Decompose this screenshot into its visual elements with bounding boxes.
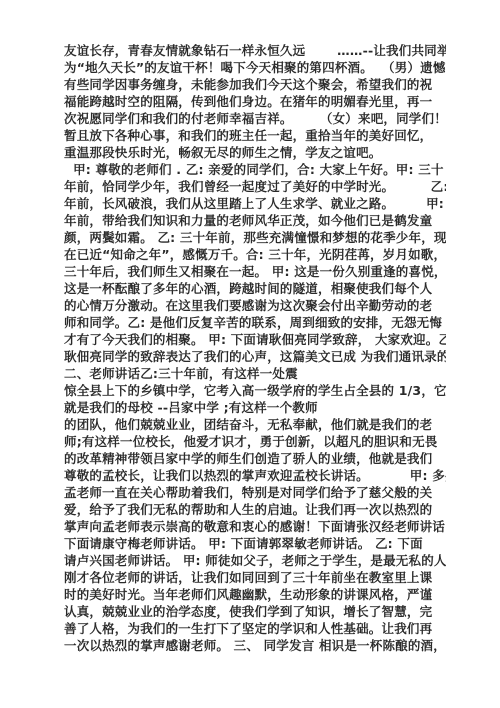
text-line: 耿佃亮同学的致辞表达了我们的心声，这篇美文已成 为我们通讯录的前言。: [64, 348, 446, 365]
text-line: 下面请康守梅老师讲话。 甲: 下面请郭翠敏老师讲话。 乙: 下面: [64, 535, 446, 552]
text-line: 颜，两鬓如霜。 乙: 三十年前，那些充满憧憬和梦想的花季少年，现: [64, 229, 446, 246]
text-line: 善了人格，为我们的一生打下了坚定的学识和人性基础。让我们再: [64, 620, 446, 637]
text-line: 为“地久天长”的友谊干杯！喝下今天相聚的第四杯酒。 （男）遗憾的是: [64, 59, 446, 76]
text-line: 福能跨越时空的阻隔，传到他们身边。在猪年的明媚春光里，再一: [64, 93, 446, 110]
text-line: 时的美好时光。当年老师们风趣幽默，生动形象的讲课风格，严谨: [64, 586, 446, 603]
text-line: 掌声向孟老师表示崇高的敬意和衷心的感谢！下面请张汉经老师讲话 乙:: [64, 518, 446, 535]
text-line: 暂且放下各种心事，和我们的班主任一起，重拾当年的美好回忆，: [64, 127, 446, 144]
text-line: 孟老师一直在关心帮助着我们，特别是对同学们给予了慈父般的关: [64, 484, 446, 501]
text-line: 年前，带给我们知识和力量的老师风华正茂，如今他们已是鹤发童: [64, 212, 446, 229]
text-line: 师和同学。乙: 是他们反复辛苦的联系，周到细致的安排，无怨无悔 的奉献，合:: [64, 314, 446, 331]
text-line: 二、老师讲话乙:三十年前，有这样一处震: [64, 365, 446, 382]
text-line: 请卢兴国老师讲话。 甲: 师徒如父子，老师之于学生，是最无私的人。: [64, 552, 446, 569]
text-line: 师;有这样一位校长，他爱才识才，勇于创新，以超凡的胆识和无畏: [64, 433, 446, 450]
text-line: 年前，长风破浪，我们从这里踏上了人生求学、就业之路。 甲: 三十: [64, 195, 446, 212]
text-line: 年前，恰同学少年，我们曾经一起度过了美好的中学时光。 乙: 三十: [64, 178, 446, 195]
text-line: 甲: 尊敬的老师们 . 乙: 亲爱的同学们，合: 大家上午好。甲: 三十: [64, 161, 446, 178]
text-line: 一次以热烈的掌声感谢老师。 三、 同学发言 相识是一杯陈酿的酒，: [64, 637, 446, 654]
text-line: 有些同学因事务缠身，未能参加我们今天这个聚会，希望我们的祝: [64, 76, 446, 93]
text-line: 次祝愿同学们和我们的付老师幸福吉祥。 （女）来吧，同学们！让我们: [64, 110, 446, 127]
text-line: 的心情万分激动。在这里我们要感谢为这次聚会付出辛勤劳动的老: [64, 297, 446, 314]
text-line: 这是一杯酝酿了多年的心酒，跨越时间的隧道，相聚使我们每个人: [64, 280, 446, 297]
text-line: 就是我们的母校 --吕家中学 ;有这样一个教师: [64, 399, 446, 416]
text-line: 重温那段快乐时光，畅叙无尽的师生之情，学友之谊吧。: [64, 144, 446, 161]
text-line: 刚才各位老师的讲话，让我们如同回到了三十年前坐在教室里上课: [64, 569, 446, 586]
text-line: 才有了今天我们的相聚。 甲: 下面请耿佃亮同学致辞， 大家欢迎。乙:: [64, 331, 446, 348]
text-line: 爱，给予了我们无私的帮助和人生的启迪。让我们再一次以热烈的: [64, 501, 446, 518]
text-line: 认真，兢兢业业的治学态度，使我们学到了知识，增长了智慧，完: [64, 603, 446, 620]
text-line: 三十年后，我们师生又相聚在一起。 甲: 这是一份久别重逢的喜悦，: [64, 263, 446, 280]
document-page: 友谊长存，青春友情就象钻石一样永恒久远 ……--让我们共同举杯，为“地久天长”的…: [0, 0, 500, 708]
text-line: 在已近“知命之年”，感慨万千。合: 三十年，光阴荏苒，岁月如歌，: [64, 246, 446, 263]
document-body: 友谊长存，青春友情就象钻石一样永恒久远 ……--让我们共同举杯，为“地久天长”的…: [64, 42, 446, 654]
text-line: 尊敬的孟校长，让我们以热烈的掌声欢迎孟校长讲话。 甲: 多少年来，: [64, 467, 446, 484]
text-line: 的改革精神带领吕家中学的师生们创造了骄人的业绩，他就是我们: [64, 450, 446, 467]
text-line: 惊全县上下的乡镇中学，它考入高一级学府的学生占全县的 1/3，它: [64, 382, 446, 399]
text-line: 友谊长存，青春友情就象钻石一样永恒久远 ……--让我们共同举杯，: [64, 42, 446, 59]
text-line: 的团队，他们兢兢业业，团结奋斗，无私奉献，他们就是我们的老: [64, 416, 446, 433]
